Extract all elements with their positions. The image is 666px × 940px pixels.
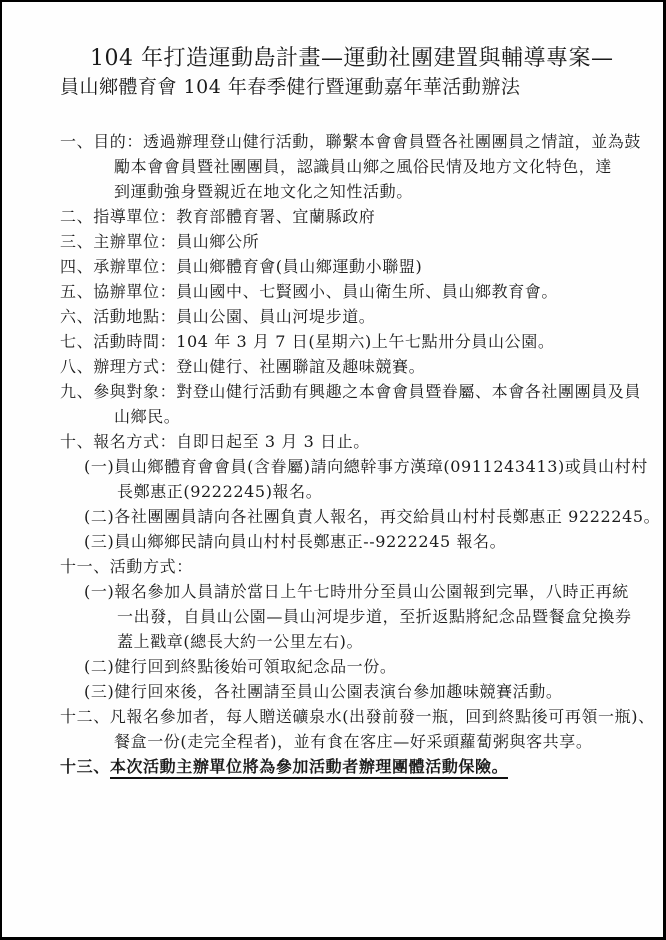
underlined-line-text: 本次活動主辦單位將為參加活動者辦理團體活動保險。 bbox=[110, 757, 508, 779]
document-line: 到運動強身暨親近在地文化之知性活動。 bbox=[114, 179, 660, 204]
document-title-line2: 員山鄉體育會 104 年春季健行暨運動嘉年華活動辦法 bbox=[60, 75, 520, 99]
line-text: 勵本會會員暨社團團員，認識員山鄉之風俗民情及地方文化特色，達 bbox=[114, 157, 612, 176]
line-text: 一出發，自員山公園—員山河堤步道，至折返點將紀念品暨餐盒兌換券 bbox=[117, 607, 632, 626]
line-text: 長鄭惠正(9222245)報名。 bbox=[117, 482, 322, 501]
document-line: (二)各社團團員請向各社團負責人報名，再交給員山村村長鄭惠正 9222245。 bbox=[84, 504, 660, 529]
document-line: 餐盒一份(走完全程者)，並有食在客庄—好采頭蘿蔔粥與客共享。 bbox=[114, 729, 660, 754]
line-text: (二)各社團團員請向各社團負責人報名，再交給員山村村長鄭惠正 9222245。 bbox=[84, 507, 660, 526]
line-text: (一)報名參加人員請於當日上午七時卅分至員山公園報到完畢，八時正再統 bbox=[84, 582, 629, 601]
line-text: 十一、活動方式： bbox=[60, 557, 193, 576]
document-line: 十三、本次活動主辦單位將為參加活動者辦理團體活動保險。 bbox=[60, 754, 660, 779]
line-text: 二、指導單位：教育部體育署、宜蘭縣政府 bbox=[60, 207, 375, 226]
line-text: 蓋上戳章(總長大約一公里左右)。 bbox=[117, 632, 363, 651]
line-text: 餐盒一份(走完全程者)，並有食在客庄—好采頭蘿蔔粥與客共享。 bbox=[114, 732, 593, 751]
document-line: 一出發，自員山公園—員山河堤步道，至折返點將紀念品暨餐盒兌換券 bbox=[117, 604, 660, 629]
document-line: 長鄭惠正(9222245)報名。 bbox=[117, 479, 660, 504]
document-line: 十二、凡報名參加者，每人贈送礦泉水(出發前發一瓶，回到終點後可再領一瓶)、 bbox=[60, 704, 660, 729]
line-text: 四、承辦單位：員山鄉體育會(員山鄉運動小聯盟) bbox=[60, 257, 422, 276]
line-text: 六、活動地點：員山公園、員山河堤步道。 bbox=[60, 307, 375, 326]
line-text: (三)員山鄉鄉民請向員山村村長鄭惠正--9222245 報名。 bbox=[84, 532, 506, 551]
document-line: (三)健行回來後，各社團請至員山公園表演台參加趣味競賽活動。 bbox=[84, 679, 660, 704]
document-line: 九、參與對象：對登山健行活動有興趣之本會會員暨眷屬、本會各社團團員及員 bbox=[60, 379, 660, 404]
document-line: 五、協辦單位：員山國中、七賢國小、員山衛生所、員山鄉教育會。 bbox=[60, 279, 660, 304]
document-title-line1: 104 年打造運動島計畫—運動社團建置與輔導專案— bbox=[90, 46, 614, 72]
document-line: 勵本會會員暨社團團員，認識員山鄉之風俗民情及地方文化特色，達 bbox=[114, 154, 660, 179]
document-line: (二)健行回到終點後始可領取紀念品一份。 bbox=[84, 654, 660, 679]
line-text: 一、目的：透過辦理登山健行活動，聯繫本會會員暨各社團團員之情誼，並為鼓 bbox=[60, 132, 641, 151]
document-line: 蓋上戳章(總長大約一公里左右)。 bbox=[117, 629, 660, 654]
line-text: 九、參與對象：對登山健行活動有興趣之本會會員暨眷屬、本會各社團團員及員 bbox=[60, 382, 641, 401]
document-line: 六、活動地點：員山公園、員山河堤步道。 bbox=[60, 304, 660, 329]
document-line: 三、主辦單位：員山鄉公所 bbox=[60, 229, 660, 254]
document-line: 十、報名方式：自即日起至 3 月 3 日止。 bbox=[60, 429, 660, 454]
scanned-document-page: 104 年打造運動島計畫—運動社團建置與輔導專案— 員山鄉體育會 104 年春季… bbox=[0, 0, 666, 940]
document-line: 二、指導單位：教育部體育署、宜蘭縣政府 bbox=[60, 204, 660, 229]
line-text: 山鄉民。 bbox=[114, 407, 180, 426]
document-line: 十一、活動方式： bbox=[60, 554, 660, 579]
document-body: 一、目的：透過辦理登山健行活動，聯繫本會會員暨各社團團員之情誼，並為鼓勵本會會員… bbox=[60, 129, 660, 779]
line-text: 三、主辦單位：員山鄉公所 bbox=[60, 232, 259, 251]
document-line: 山鄉民。 bbox=[114, 404, 660, 429]
line-text: (三)健行回來後，各社團請至員山公園表演台參加趣味競賽活動。 bbox=[84, 682, 563, 701]
line-text: 七、活動時間：104 年 3 月 7 日(星期六)上午七點卅分員山公園。 bbox=[60, 332, 554, 351]
document-line: (三)員山鄉鄉民請向員山村村長鄭惠正--9222245 報名。 bbox=[84, 529, 660, 554]
document-line: 八、辦理方式：登山健行、社團聯誼及趣味競賽。 bbox=[60, 354, 660, 379]
document-line: (一)員山鄉體育會會員(含眷屬)請向總幹事方漢璋(0911243413)或員山村… bbox=[84, 454, 660, 479]
line-text: 五、協辦單位：員山國中、七賢國小、員山衛生所、員山鄉教育會。 bbox=[60, 282, 558, 301]
document-line: 七、活動時間：104 年 3 月 7 日(星期六)上午七點卅分員山公園。 bbox=[60, 329, 660, 354]
line-text: (一)員山鄉體育會會員(含眷屬)請向總幹事方漢璋(0911243413)或員山村… bbox=[84, 457, 648, 476]
line-text: 到運動強身暨親近在地文化之知性活動。 bbox=[114, 182, 413, 201]
document-line: 一、目的：透過辦理登山健行活動，聯繫本會會員暨各社團團員之情誼，並為鼓 bbox=[60, 129, 660, 154]
line-text: 十三、 bbox=[60, 757, 110, 776]
document-line: (一)報名參加人員請於當日上午七時卅分至員山公園報到完畢，八時正再統 bbox=[84, 579, 660, 604]
line-text: 十二、凡報名參加者，每人贈送礦泉水(出發前發一瓶，回到終點後可再領一瓶)、 bbox=[60, 707, 655, 726]
document-line: 四、承辦單位：員山鄉體育會(員山鄉運動小聯盟) bbox=[60, 254, 660, 279]
line-text: (二)健行回到終點後始可領取紀念品一份。 bbox=[84, 657, 397, 676]
line-text: 八、辦理方式：登山健行、社團聯誼及趣味競賽。 bbox=[60, 357, 425, 376]
line-text: 十、報名方式：自即日起至 3 月 3 日止。 bbox=[60, 432, 370, 451]
